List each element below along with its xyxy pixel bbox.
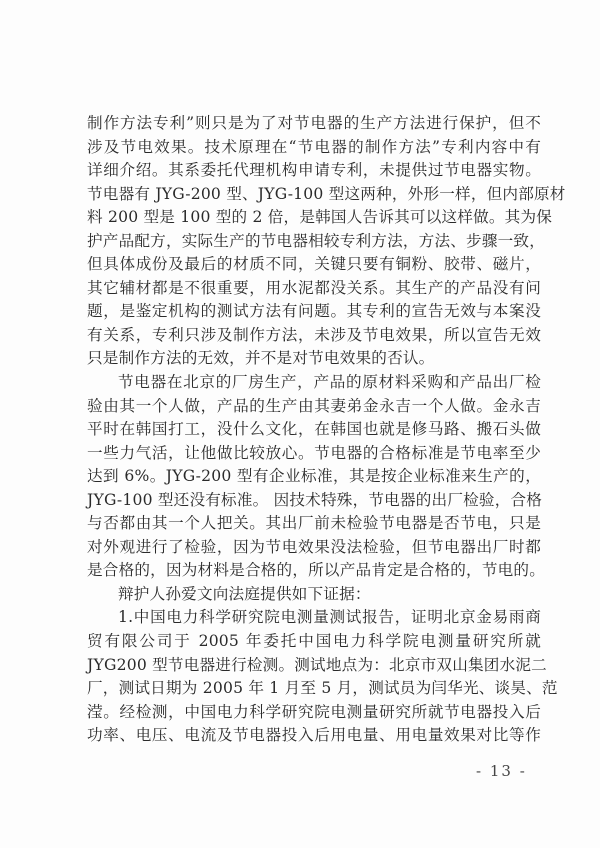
body-text: 制作方法专利”则只是为了对节电器的生产方法进行保护，但不 涉及节电效果。技术原理…	[87, 112, 541, 748]
text-line: 贸有限公司于 2005 年委托中国电力科学院电测量研究所就	[87, 630, 541, 654]
text-line: 与否都由其一个人把关。其出厂前未检验节电器是否节电，只是	[87, 512, 541, 536]
text-line: 一些力气活，让他做比较放心。节电器的合格标准是节电率至少	[87, 442, 541, 466]
text-line: 是合格的，因为材料是合格的，所以产品肯定是合格的，节电的。	[87, 559, 541, 583]
text-line: 节电器在北京的厂房生产，产品的原材料采购和产品出厂检	[87, 371, 541, 395]
text-line: 其它辅材都是不很重要，用水泥都没关系。其生产的产品没有问	[87, 277, 541, 301]
text-line: 涉及节电效果。技术原理在“节电器的制作方法”专利内容中有	[87, 136, 541, 160]
text-line: 但具体成份及最后的材质不同，关键只要有铜粉、胶带、磁片，	[87, 253, 541, 277]
text-line: 对外观进行了检验，因为节电效果没法检验，但节电器出厂时都	[87, 536, 541, 560]
text-line: 详细介绍。其系委托代理机构申请专利，未提供过节电器实物。	[87, 159, 541, 183]
text-line: 节电器有 JYG-200 型、JYG-100 型这两种，外形一样，但内部原材	[87, 183, 541, 207]
text-line: 验由其一个人做，产品的生产由其妻弟金永吉一个人做。金永吉	[87, 395, 541, 419]
text-line: 辩护人孙爱文向法庭提供如下证据：	[87, 583, 541, 607]
text-line: JYG-100 型还没有标准。 因技术特殊，节电器的出厂检验，合格	[87, 489, 541, 513]
text-line: 题，是鉴定机构的测试方法有问题。其专利的宣告无效与本案没	[87, 300, 541, 324]
text-line: JYG200 型节电器进行检测。测试地点为：北京市双山集团水泥二	[87, 654, 541, 678]
text-line: 滢。经检测，中国电力科学研究院电测量研究所就节电器投入后	[87, 701, 541, 725]
text-line: 功率、电压、电流及节电器投入后用电量、用电量效果对比等作	[87, 724, 541, 748]
text-line: 平时在韩国打工，没什么文化，在韩国也就是修马路、搬石头做	[87, 418, 541, 442]
text-line: 达到 6%。JYG-200 型有企业标准，其是按企业标准来生产的，	[87, 465, 541, 489]
text-line: 护产品配方，实际生产的节电器相较专利方法，方法、步骤一致，	[87, 230, 541, 254]
text-line: 制作方法专利”则只是为了对节电器的生产方法进行保护，但不	[87, 112, 541, 136]
text-line: 有关系，专利只涉及制作方法，未涉及节电效果，所以宣告无效	[87, 324, 541, 348]
document-page: 制作方法专利”则只是为了对节电器的生产方法进行保护，但不 涉及节电效果。技术原理…	[0, 0, 600, 848]
page-number: - 13 -	[476, 762, 527, 780]
text-line: 1.中国电力科学研究院电测量测试报告，证明北京金易雨商	[87, 606, 541, 630]
text-line: 只是制作方法的无效，并不是对节电效果的否认。	[87, 347, 541, 371]
text-line: 厂，测试日期为 2005 年 1 月至 5 月，测试员为闫华光、谈昊、范	[87, 677, 541, 701]
text-line: 料 200 型是 100 型的 2 倍，是韩国人告诉其可以这样做。其为保	[87, 206, 541, 230]
